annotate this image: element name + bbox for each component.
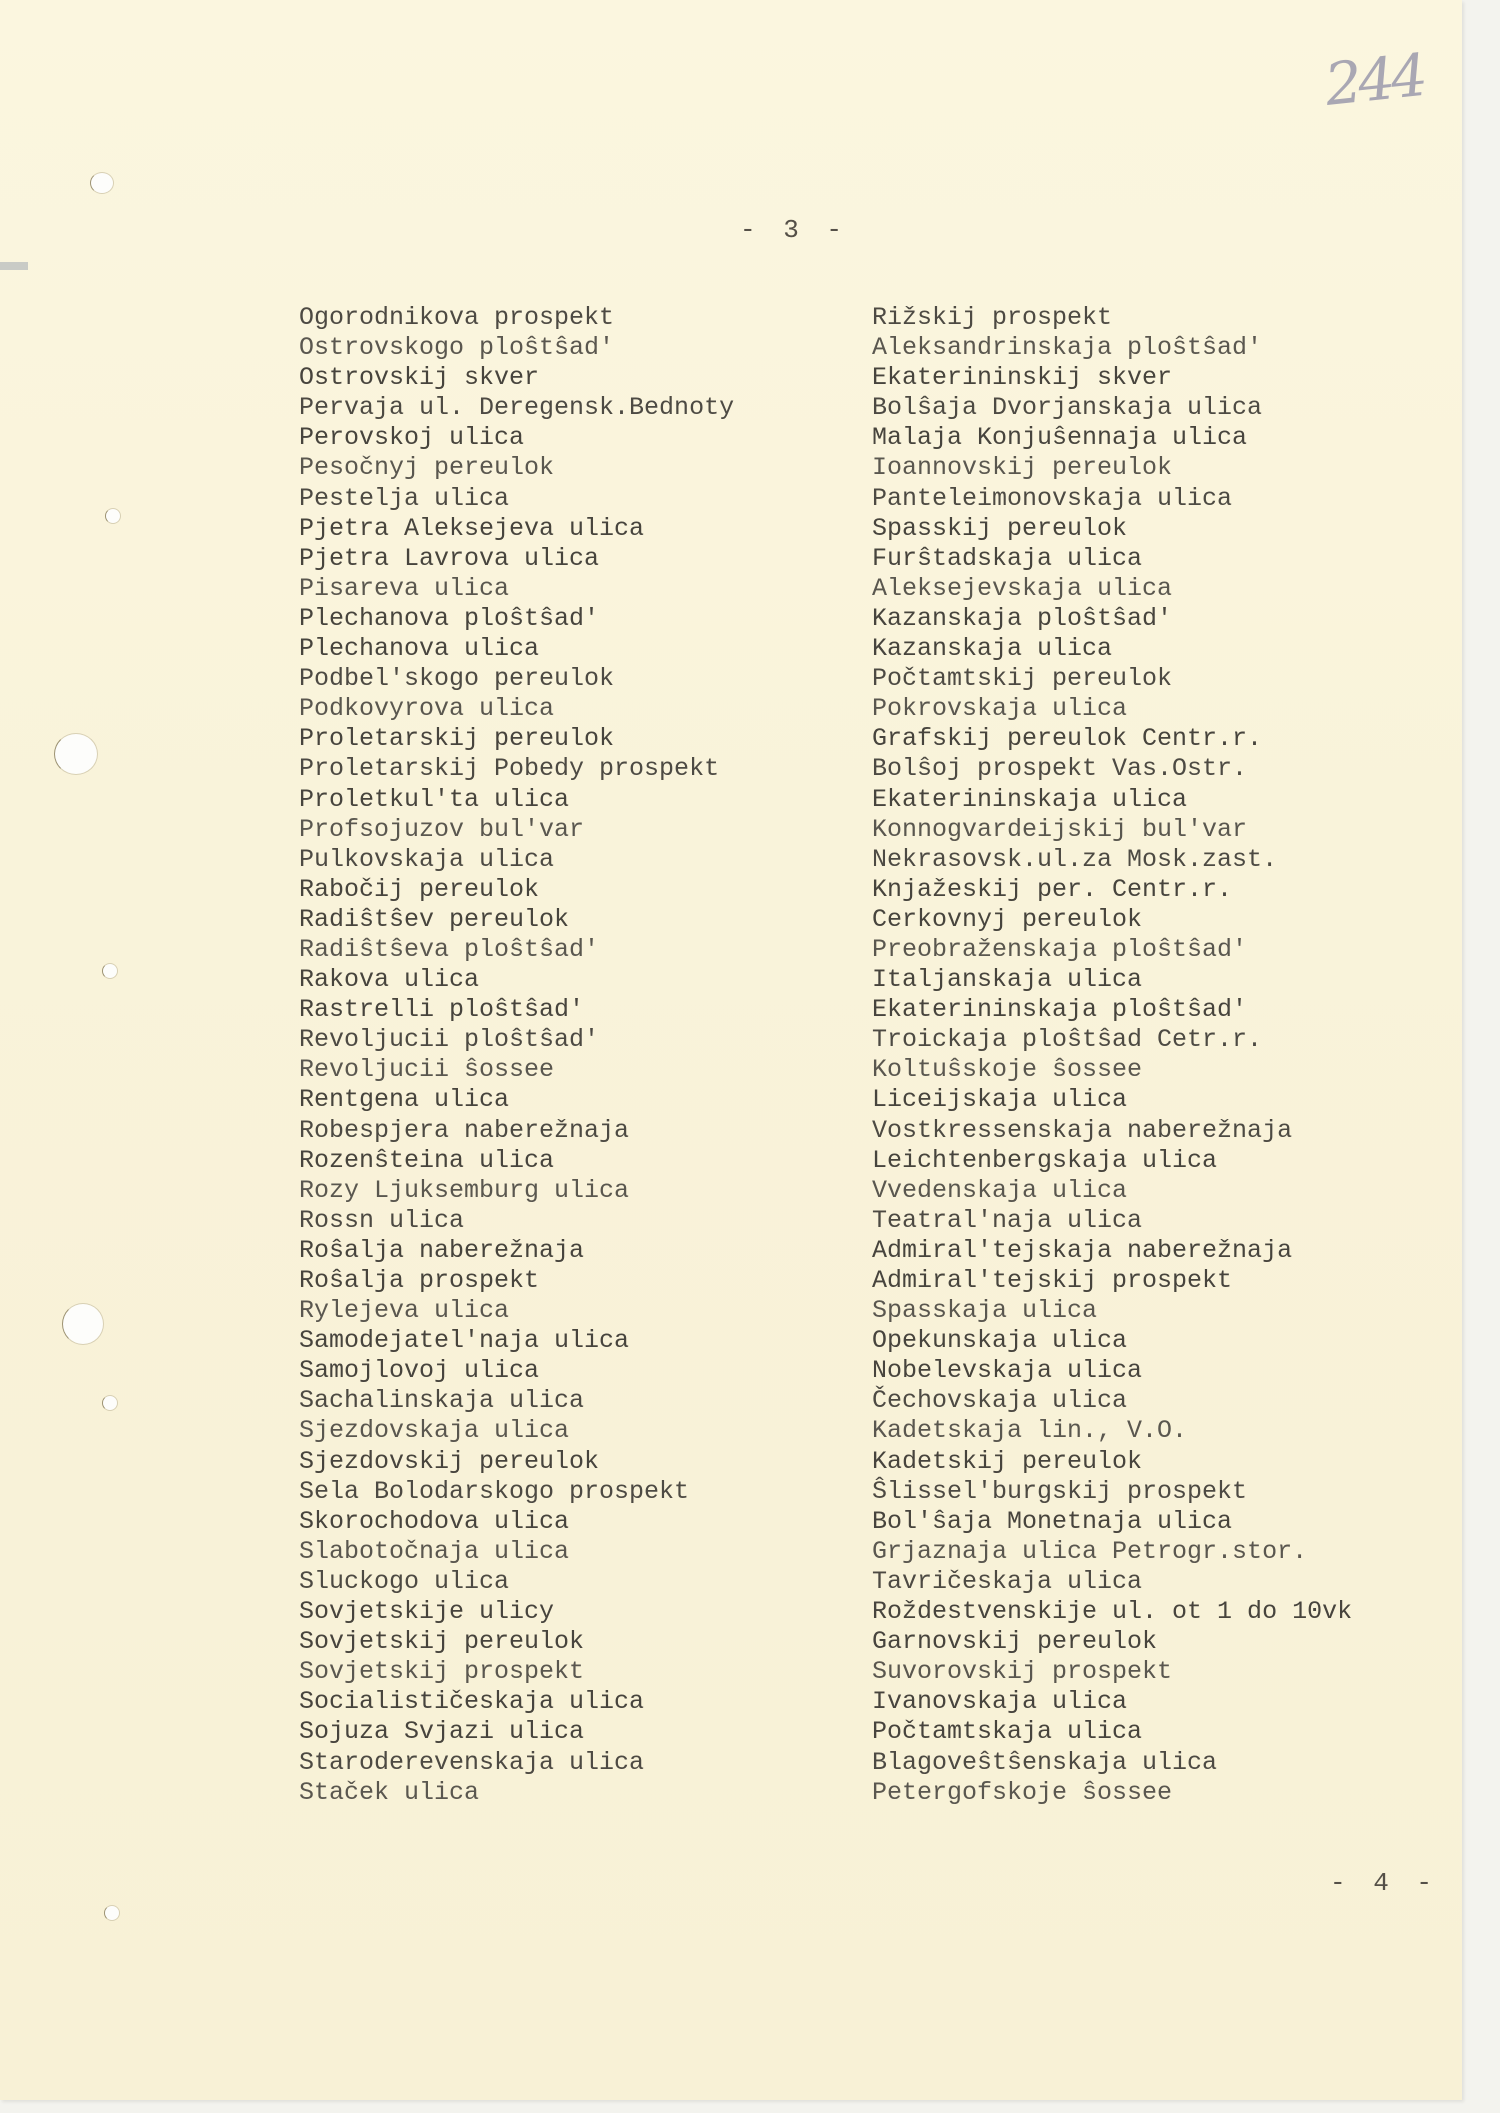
street-entry: Rylejeva ulica — [299, 1296, 734, 1326]
street-entry: Stаček ulica — [299, 1778, 734, 1808]
street-entry: Kazanskaja ploŝtŝad' — [872, 604, 1352, 634]
street-entry: Spasskij pereulok — [872, 514, 1352, 544]
street-entry: Koltuŝskoje ŝossee — [872, 1055, 1352, 1085]
street-entry: Sjezdovskij pereulok — [299, 1447, 734, 1477]
street-entry: Suvorovskij prospekt — [872, 1657, 1352, 1687]
street-entry: Rižskij prospekt — [872, 303, 1352, 333]
street-entry: Liceijskaja ulica — [872, 1085, 1352, 1115]
street-entry: Pjetra Lavrova ulica — [299, 544, 734, 574]
street-entry: Pesočnyj pereulok — [299, 453, 734, 483]
street-entry: Sovjetskije ulicy — [299, 1597, 734, 1627]
street-entry: Ostrovskij skver — [299, 363, 734, 393]
street-entry: Ekaterininskij skver — [872, 363, 1352, 393]
street-entry: Podkovyrova ulica — [299, 694, 734, 724]
street-entry: Aleksejevskaja ulica — [872, 574, 1352, 604]
street-entry: Panteleimonovskaja ulica — [872, 484, 1352, 514]
street-list-right-column: Rižskij prospektAleksandrinskaja ploŝtŝa… — [872, 303, 1352, 1808]
street-entry: Skorochodova ulica — [299, 1507, 734, 1537]
street-entry: Kazanskaja ulica — [872, 634, 1352, 664]
street-entry: Radiŝtŝev pereulok — [299, 905, 734, 935]
street-entry: Cerkovnyj pereulok — [872, 905, 1352, 935]
page-header-number: - 3 - — [740, 215, 848, 245]
street-entry: Preobraženskaja ploŝtŝad' — [872, 935, 1352, 965]
street-entry: Revoljucii ŝossee — [299, 1055, 734, 1085]
street-entry: Tavričeskaja ulica — [872, 1567, 1352, 1597]
street-entry: Slabotočnaja ulica — [299, 1537, 734, 1567]
street-entry: Čechovskaja ulica — [872, 1386, 1352, 1416]
street-entry: Ekaterininskaja ulica — [872, 785, 1352, 815]
street-entry: Roždestvenskije ul. ot 1 do 10vk — [872, 1597, 1352, 1627]
street-entry: Ostrovskogo ploŝtŝad' — [299, 333, 734, 363]
street-entry: Konnogvardeijskij bul'var — [872, 815, 1352, 845]
street-entry: Samodejatel'naja ulica — [299, 1326, 734, 1356]
street-entry: Počtamtskaja ulica — [872, 1717, 1352, 1747]
street-entry: Rentgena ulica — [299, 1085, 734, 1115]
street-entry: Furŝtadskaja ulica — [872, 544, 1352, 574]
punch-hole — [105, 508, 121, 524]
handwritten-folio-number: 244 — [1322, 41, 1427, 119]
street-entry: Plechanova ploŝtŝad' — [299, 604, 734, 634]
street-entry: Italjanskaja ulica — [872, 965, 1352, 995]
street-entry: Rastrelli ploŝtŝad' — [299, 995, 734, 1025]
street-entry: Staroderevenskaja ulica — [299, 1748, 734, 1778]
punch-hole — [54, 733, 98, 775]
street-entry: Leichtenbergskaja ulica — [872, 1146, 1352, 1176]
street-entry: Rabočij pereulok — [299, 875, 734, 905]
street-entry: Sjezdovskaja ulica — [299, 1416, 734, 1446]
street-entry: Ivanovskaja ulica — [872, 1687, 1352, 1717]
punch-hole — [102, 1395, 118, 1411]
street-list-left-column: Ogorodnikova prospektOstrovskogo ploŝtŝa… — [299, 303, 734, 1808]
street-entry: Ogorodnikova prospekt — [299, 303, 734, 333]
street-entry: Bol'ŝaja Monetnaja ulica — [872, 1507, 1352, 1537]
street-entry: Nobelevskaja ulica — [872, 1356, 1352, 1386]
street-entry: Admiral'tejskaja naberežnaja — [872, 1236, 1352, 1266]
page-footer-next-number: - 4 - — [1330, 1868, 1438, 1898]
punch-hole — [102, 963, 118, 979]
street-entry: Proletarskij Pobedy prospekt — [299, 754, 734, 784]
street-entry: Sojuza Svjazi ulica — [299, 1717, 734, 1747]
street-entry: Proletkul'ta ulica — [299, 785, 734, 815]
street-entry: Roŝalja prospekt — [299, 1266, 734, 1296]
street-entry: Kadetskij pereulok — [872, 1447, 1352, 1477]
street-entry: Profsojuzov bul'var — [299, 815, 734, 845]
street-entry: Pokrovskaja ulica — [872, 694, 1352, 724]
street-entry: Ŝlissel'burgskij prospekt — [872, 1477, 1352, 1507]
street-entry: Kadetskaja lin., V.O. — [872, 1416, 1352, 1446]
scan-artifact — [0, 262, 28, 270]
street-entry: Grjaznaja ulica Petrogr.stor. — [872, 1537, 1352, 1567]
street-entry: Sela Bolodarskogo prospekt — [299, 1477, 734, 1507]
street-entry: Garnovskij pereulok — [872, 1627, 1352, 1657]
street-entry: Revoljucii ploŝtŝad' — [299, 1025, 734, 1055]
street-entry: Podbel'skogo pereulok — [299, 664, 734, 694]
street-entry: Ioannovskij pereulok — [872, 453, 1352, 483]
street-entry: Samojlovoj ulica — [299, 1356, 734, 1386]
punch-hole — [62, 1303, 104, 1345]
street-entry: Pulkovskaja ulica — [299, 845, 734, 875]
street-entry: Bolŝaja Dvorjanskaja ulica — [872, 393, 1352, 423]
street-entry: Plechanova ulica — [299, 634, 734, 664]
street-entry: Vvedenskaja ulica — [872, 1176, 1352, 1206]
street-entry: Malaja Konjuŝennaja ulica — [872, 423, 1352, 453]
street-entry: Pervaja ul. Deregensk.Bednoty — [299, 393, 734, 423]
street-entry: Sovjetskij prospekt — [299, 1657, 734, 1687]
street-entry: Petergofskoje ŝossee — [872, 1778, 1352, 1808]
street-entry: Teatral'naja ulica — [872, 1206, 1352, 1236]
street-entry: Troickaja ploŝtŝad Cetr.r. — [872, 1025, 1352, 1055]
street-entry: Ekaterininskaja ploŝtŝad' — [872, 995, 1352, 1025]
street-entry: Bolŝoj prospekt Vas.Ostr. — [872, 754, 1352, 784]
street-entry: Roŝalja naberežnaja — [299, 1236, 734, 1266]
street-entry: Blagoveŝtŝenskaja ulica — [872, 1748, 1352, 1778]
document-page: 244 - 3 - Ogorodnikova prospektOstrovsko… — [0, 0, 1462, 2100]
street-entry: Sovjetskij pereulok — [299, 1627, 734, 1657]
street-entry: Pestelja ulica — [299, 484, 734, 514]
street-entry: Pjetra Aleksejeva ulica — [299, 514, 734, 544]
street-entry: Sluckogo ulica — [299, 1567, 734, 1597]
street-entry: Knjažeskij per. Centr.r. — [872, 875, 1352, 905]
street-entry: Rozenŝteina ulica — [299, 1146, 734, 1176]
street-entry: Nekrasovsk.ul.za Mosk.zast. — [872, 845, 1352, 875]
street-entry: Opekunskaja ulica — [872, 1326, 1352, 1356]
street-entry: Vostkressenskaja naberežnaja — [872, 1116, 1352, 1146]
street-entry: Spasskaja ulica — [872, 1296, 1352, 1326]
street-entry: Socialističeskaja ulica — [299, 1687, 734, 1717]
street-entry: Admiral'tejskij prospekt — [872, 1266, 1352, 1296]
punch-hole — [90, 172, 114, 194]
street-entry: Rozy Ljuksemburg ulica — [299, 1176, 734, 1206]
street-entry: Sachalinskaja ulica — [299, 1386, 734, 1416]
street-entry: Rossn ulica — [299, 1206, 734, 1236]
street-entry: Radiŝtŝeva ploŝtŝad' — [299, 935, 734, 965]
street-entry: Grafskij pereulok Centr.r. — [872, 724, 1352, 754]
street-entry: Pisareva ulica — [299, 574, 734, 604]
street-entry: Aleksandrinskaja ploŝtŝad' — [872, 333, 1352, 363]
street-entry: Rakova ulica — [299, 965, 734, 995]
street-entry: Perovskoj ulica — [299, 423, 734, 453]
punch-hole — [104, 1905, 120, 1921]
street-entry: Proletarskij pereulok — [299, 724, 734, 754]
street-entry: Robespjera naberežnaja — [299, 1116, 734, 1146]
street-entry: Počtamtskij pereulok — [872, 664, 1352, 694]
